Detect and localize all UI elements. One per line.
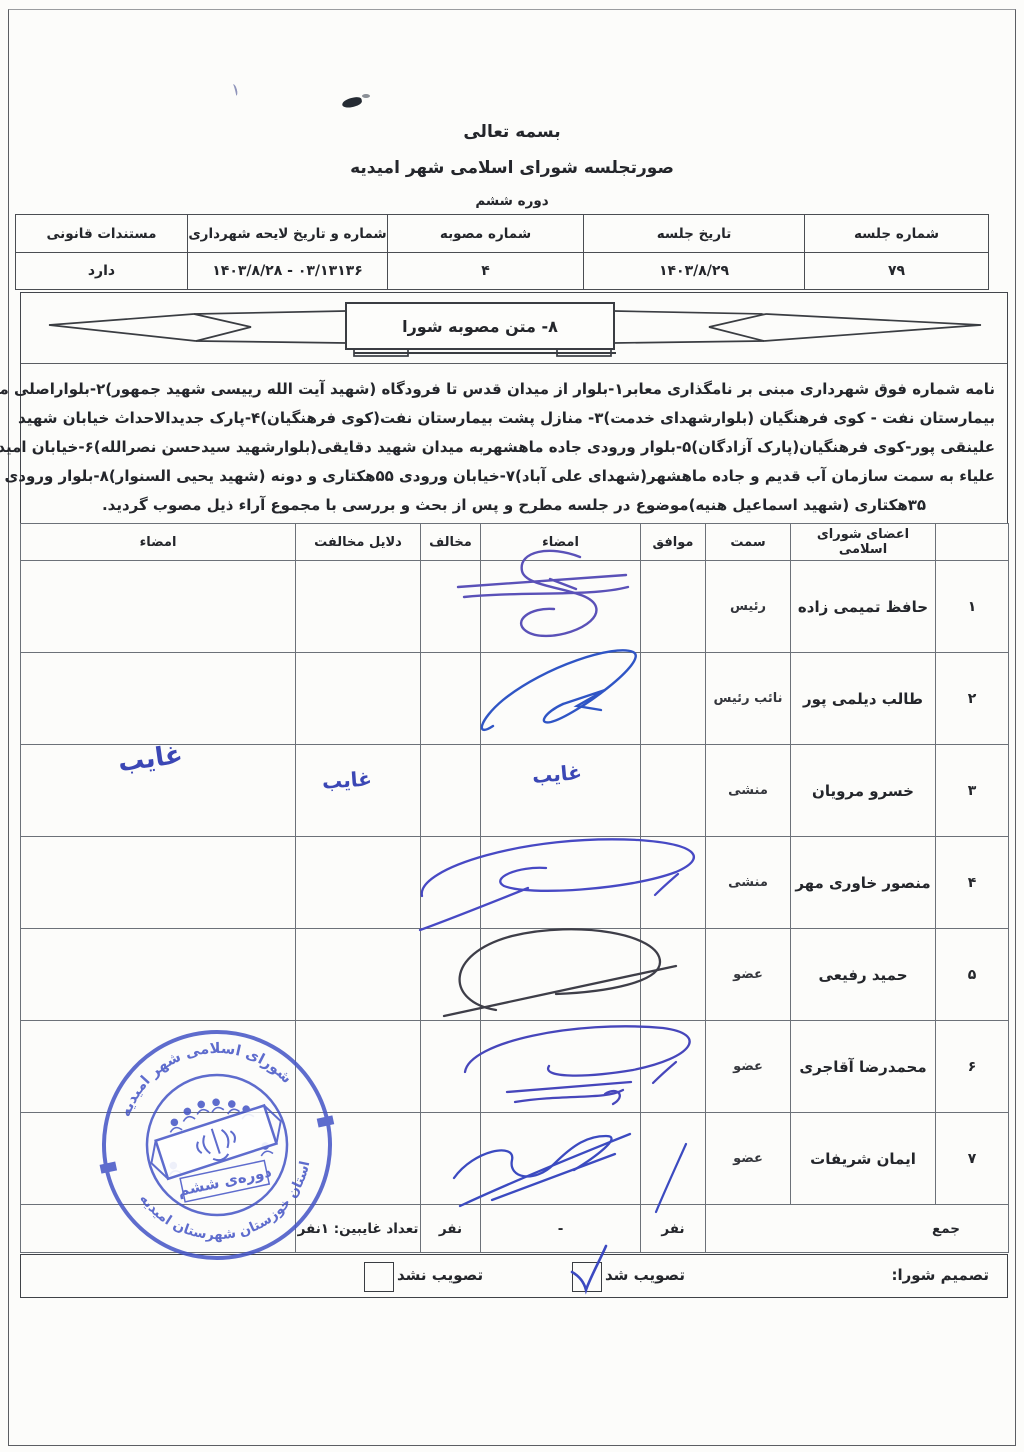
oppose-cell: [421, 1113, 481, 1205]
agree-cell: [641, 929, 706, 1021]
session-number-header: شماره جلسه: [805, 215, 989, 253]
opposition-reasons-header: دلایل مخالفت: [296, 524, 421, 561]
session-date-text: ۱۴۰۳/۸/۲۹: [659, 263, 729, 279]
signature-cell: [481, 745, 641, 837]
row-number: ۷: [936, 1113, 1009, 1205]
oppose-cell: [421, 745, 481, 837]
legal-docs-header: مستندات قانونی: [16, 215, 188, 253]
member-row: ۲ طالب دیلمی پور نائب رئیس: [21, 653, 1009, 745]
summary-agree: نفر: [641, 1205, 706, 1253]
signature-left-cell: [21, 837, 296, 929]
resolution-line: علینقی پور-کوی فرهنگیان(پارک آزادگان)۵-ب…: [33, 433, 995, 462]
resolution-line: نامه شماره فوق شهرداری مبنی بر نامگذاری …: [33, 375, 995, 404]
banner-zone: ۸- متن مصوبه شورا: [21, 293, 1007, 364]
signature-left-cell: [21, 653, 296, 745]
oppose-cell: [421, 1021, 481, 1113]
reasons-cell: [296, 1021, 421, 1113]
position-header: سمت: [706, 524, 791, 561]
signature-cell: [481, 653, 641, 745]
scanned-council-minutes: بسمه تعالی صورتجلسه شورای اسلامی شهر امی…: [0, 0, 1024, 1452]
member-name: حافظ تمیمی زاده: [791, 561, 936, 653]
member-row: ۱ حافظ تمیمی زاده رئیس: [21, 561, 1009, 653]
summary-row: جمع نفر - نفر تعداد غایبین: ۱نفر: [21, 1205, 1009, 1253]
member-name: محمدرضا آقاجری: [791, 1021, 936, 1113]
row-number: ۴: [936, 837, 1009, 929]
row-number: ۱: [936, 561, 1009, 653]
member-position: رئیس: [706, 561, 791, 653]
agree-cell: [641, 653, 706, 745]
council-decision-row: تصمیم شورا: تصویب شد تصویب نشد: [20, 1254, 1008, 1298]
signature-left-cell: [21, 929, 296, 1021]
resolution-line: ۳۵هکتاری (شهید اسماعیل هنیه)موضوع در جلس…: [33, 491, 995, 520]
reasons-cell: [296, 745, 421, 837]
member-row: ۴ منصور خاوری مهر منشی: [21, 837, 1009, 929]
member-position: عضو: [706, 1021, 791, 1113]
resolution-line: بیمارستان نفت - کوی فرهنگیان (بلوارشهدای…: [33, 404, 995, 433]
signature-left-cell: [21, 1021, 296, 1113]
summary-oppose: نفر: [421, 1205, 481, 1253]
member-position: نائب رئیس: [706, 653, 791, 745]
summary-signature: -: [481, 1205, 641, 1253]
summary-signature-left: [21, 1205, 296, 1253]
row-number: ۶: [936, 1021, 1009, 1113]
bill-number-date-text: ۱۴۰۳/۸/۲۸ - ۰۳/۱۳۱۳۶: [212, 263, 363, 279]
reasons-cell: [296, 929, 421, 1021]
ink-smudge: [231, 84, 239, 97]
signature-left-header: امضاء: [21, 524, 296, 561]
agree-cell: [641, 1021, 706, 1113]
bill-number-date-value: ۱۴۰۳/۸/۲۸ - ۰۳/۱۳۱۳۶: [188, 253, 388, 290]
resolution-number-header: شماره مصوبه: [388, 215, 584, 253]
oppose-header: مخالف: [421, 524, 481, 561]
rejected-label: تصویب نشد: [397, 1266, 483, 1284]
agree-header: موافق: [641, 524, 706, 561]
summary-label: جمع: [706, 1205, 1009, 1253]
oppose-cell: [421, 837, 481, 929]
row-number: ۵: [936, 929, 1009, 1021]
document-term: دوره ششم: [0, 193, 1024, 209]
signature-left-cell: [21, 1113, 296, 1205]
row-number-header: [936, 524, 1009, 561]
reasons-cell: [296, 561, 421, 653]
members-header: اعضای شورای اسلامی: [791, 524, 936, 561]
reasons-cell: [296, 1113, 421, 1205]
reasons-cell: [296, 837, 421, 929]
agree-cell: [641, 561, 706, 653]
member-name: منصور خاوری مهر: [791, 837, 936, 929]
approved-checkbox: [572, 1262, 602, 1292]
session-info-table: شماره جلسه تاریخ جلسه شماره مصوبه شماره …: [15, 214, 989, 290]
resolution-section: ۸- متن مصوبه شورا نامه شماره فوق شهرداری…: [20, 292, 1008, 523]
reasons-cell: [296, 653, 421, 745]
banner-title: ۸- متن مصوبه شورا: [346, 303, 614, 349]
decision-label: تصمیم شورا:: [891, 1266, 989, 1284]
summary-absent-count: تعداد غایبین: ۱نفر: [296, 1205, 421, 1253]
row-number: ۳: [936, 745, 1009, 837]
member-position: عضو: [706, 1113, 791, 1205]
member-position: منشی: [706, 745, 791, 837]
signature-left-cell: [21, 745, 296, 837]
agree-cell: [641, 1113, 706, 1205]
signature-cell: [481, 929, 641, 1021]
signature-cell: [481, 837, 641, 929]
session-date-value: ۱۴۰۳/۸/۲۹: [584, 253, 805, 290]
oppose-cell: [421, 929, 481, 1021]
members-vote-table: اعضای شورای اسلامی سمت موافق امضاء مخالف…: [20, 523, 1009, 1253]
resolution-number-value: ۴: [388, 253, 584, 290]
session-number-value: ۷۹: [805, 253, 989, 290]
rejected-checkbox: [364, 1262, 394, 1292]
member-row: ۵ حمید رفیعی عضو: [21, 929, 1009, 1021]
member-name: حمید رفیعی: [791, 929, 936, 1021]
member-name: خسرو مرویان: [791, 745, 936, 837]
legal-docs-value: دارد: [16, 253, 188, 290]
member-name: طالب دیلمی پور: [791, 653, 936, 745]
resolution-line: علیاء به سمت سازمان آب قدیم و جاده ماهشه…: [33, 462, 995, 491]
agree-cell: [641, 837, 706, 929]
member-row: ۳ خسرو مرویان منشی: [21, 745, 1009, 837]
agree-cell: [641, 745, 706, 837]
member-position: عضو: [706, 929, 791, 1021]
ink-smudge: [362, 94, 370, 98]
signature-cell: [481, 1113, 641, 1205]
resolution-paragraph: نامه شماره فوق شهرداری مبنی بر نامگذاری …: [21, 364, 1007, 520]
signature-cell: [481, 561, 641, 653]
member-row: ۷ ایمان شریفات عضو: [21, 1113, 1009, 1205]
signature-left-cell: [21, 561, 296, 653]
bill-number-date-header: شماره و تاریخ لایحه شهرداری: [188, 215, 388, 253]
document-title: صورتجلسه شورای اسلامی شهر امیدیه: [0, 158, 1024, 178]
member-name: ایمان شریفات: [791, 1113, 936, 1205]
session-date-header: تاریخ جلسه: [584, 215, 805, 253]
signature-header: امضاء: [481, 524, 641, 561]
approved-label: تصویب شد: [605, 1266, 685, 1284]
member-position: منشی: [706, 837, 791, 929]
oppose-cell: [421, 561, 481, 653]
signature-cell: [481, 1021, 641, 1113]
bismillah-text: بسمه تعالی: [0, 122, 1024, 142]
ink-smudge: [341, 96, 362, 109]
member-row: ۶ محمدرضا آقاجری عضو: [21, 1021, 1009, 1113]
oppose-cell: [421, 653, 481, 745]
row-number: ۲: [936, 653, 1009, 745]
